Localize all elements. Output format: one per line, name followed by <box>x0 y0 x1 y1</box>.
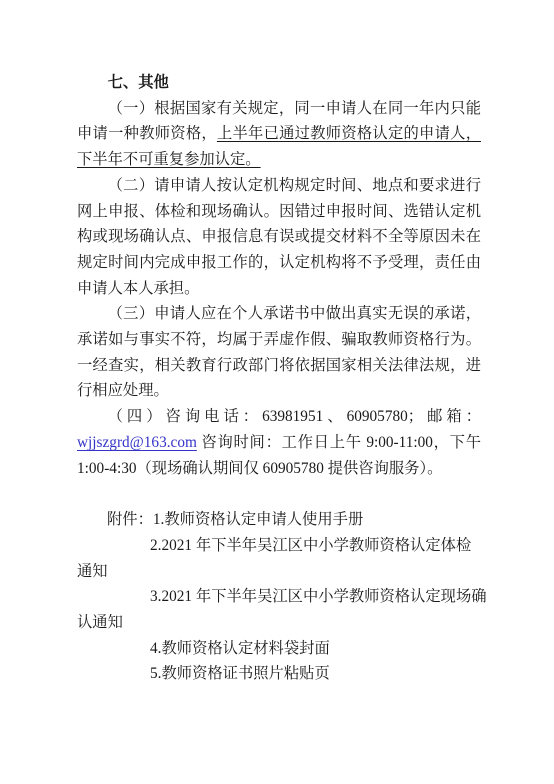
attachment-item-4: 4.教师资格认定材料袋封面 <box>77 636 481 662</box>
paragraph-3: （三）申请人应在个人承诺书中做出真实无误的承诺，承诺如与事实不符，均属于弄虚作假… <box>77 301 481 404</box>
attachment-item-2-continuation: 通知 <box>77 559 481 585</box>
paragraph-1: （一）根据国家有关规定，同一申请人在同一年内只能申请一种教师资格，上半年已通过教… <box>77 96 481 173</box>
paragraph-4: （四）咨询电话：63981951、60905780；邮箱：wjjszgrd@16… <box>77 404 481 481</box>
section-heading: 七、其他 <box>77 70 481 96</box>
attachment-item-2: 2.2021 年下半年吴江区中小学教师资格认定体检 <box>77 533 481 559</box>
attachment-item-3-continuation: 认通知 <box>77 610 481 636</box>
paragraph-2: （二）请申请人按认定机构规定时间、地点和要求进行网上申报、体检和现场确认。因错过… <box>77 173 481 302</box>
document-page: 七、其他 （一）根据国家有关规定，同一申请人在同一年内只能申请一种教师资格，上半… <box>0 0 554 784</box>
paragraph-4-text-before-email: （四）咨询电话：63981951、60905780；邮箱： <box>108 408 481 425</box>
attachment-item-3: 3.2021 年下半年吴江区中小学教师资格认定现场确 <box>77 584 481 610</box>
attachment-item-1-text: 1.教师资格认定申请人使用手册 <box>153 511 363 528</box>
document-content: 七、其他 （一）根据国家有关规定，同一申请人在同一年内只能申请一种教师资格，上半… <box>77 70 481 687</box>
attachments-block: 附件：1.教师资格认定申请人使用手册 2.2021 年下半年吴江区中小学教师资格… <box>77 507 481 687</box>
email-link[interactable]: wjjszgrd@163.com <box>77 434 197 451</box>
attachment-item-5: 5.教师资格证书照片粘贴页 <box>77 661 481 687</box>
attachments-label: 附件： <box>107 511 153 528</box>
attachment-item-1: 附件：1.教师资格认定申请人使用手册 <box>77 507 481 533</box>
